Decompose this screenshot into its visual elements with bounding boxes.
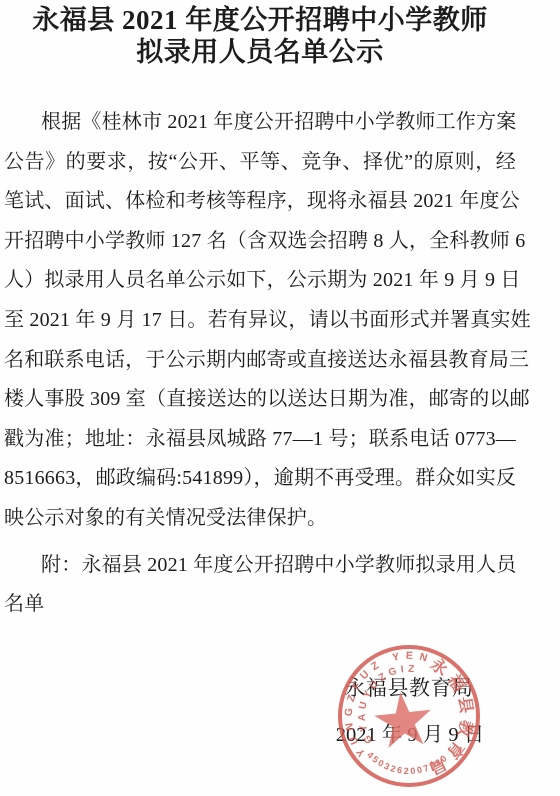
body-line: 根据《桂林市 2021 年度公开招聘中小学教师工作方案 bbox=[4, 103, 516, 143]
official-seal-stamp: YUNGZFUZ YEN GYAUYUZGIZ 永福县教育局 450326200… bbox=[329, 636, 489, 796]
attachment-line: 名单 bbox=[4, 585, 516, 625]
document-title: 永福县 2021 年度公开招聘中小学教师 拟录用人员名单公示 bbox=[4, 0, 516, 68]
body-line: 至 2021 年 9 月 17 日。若有异议，请以书面形式并署真实姓 bbox=[4, 301, 516, 341]
body-line: 8516663，邮政编码:541899），逾期不再受理。群众如实反 bbox=[4, 459, 516, 499]
title-line-2: 拟录用人员名单公示 bbox=[4, 37, 516, 69]
star-icon bbox=[372, 689, 434, 749]
body-line: 人）拟录用人员名单公示如下，公示期为 2021 年 9 月 9 日 bbox=[4, 261, 516, 301]
body-line: 戳为准；地址：永福县凤城路 77—1 号；联系电话 0773— bbox=[4, 420, 516, 460]
body-line: 公告》的要求，按“公开、平等、竞争、择优”的原则，经 bbox=[4, 143, 516, 183]
document-page: 永福县 2021 年度公开招聘中小学教师 拟录用人员名单公示 根据《桂林市 20… bbox=[0, 0, 560, 796]
attachment-line: 附：永福县 2021 年度公开招聘中小学教师拟录用人员 bbox=[4, 546, 516, 586]
title-line-1: 永福县 2021 年度公开招聘中小学教师 bbox=[4, 5, 516, 37]
body-line: 名和联系电话，于公示期内邮寄或直接送达永福县教育局三 bbox=[4, 341, 516, 381]
body-line: 楼人事股 309 室（直接送达的以送达日期为准，邮寄的以邮 bbox=[4, 380, 516, 420]
body-line: 笔试、面试、体检和考核等程序，现将永福县 2021 年度公 bbox=[4, 182, 516, 222]
body-line: 映公示对象的有关情况受法律保护。 bbox=[4, 499, 516, 539]
document-body: 根据《桂林市 2021 年度公开招聘中小学教师工作方案 公告》的要求，按“公开、… bbox=[4, 103, 516, 625]
body-line: 开招聘中小学教师 127 名（含双选会招聘 8 人，全科教师 6 bbox=[4, 222, 516, 262]
